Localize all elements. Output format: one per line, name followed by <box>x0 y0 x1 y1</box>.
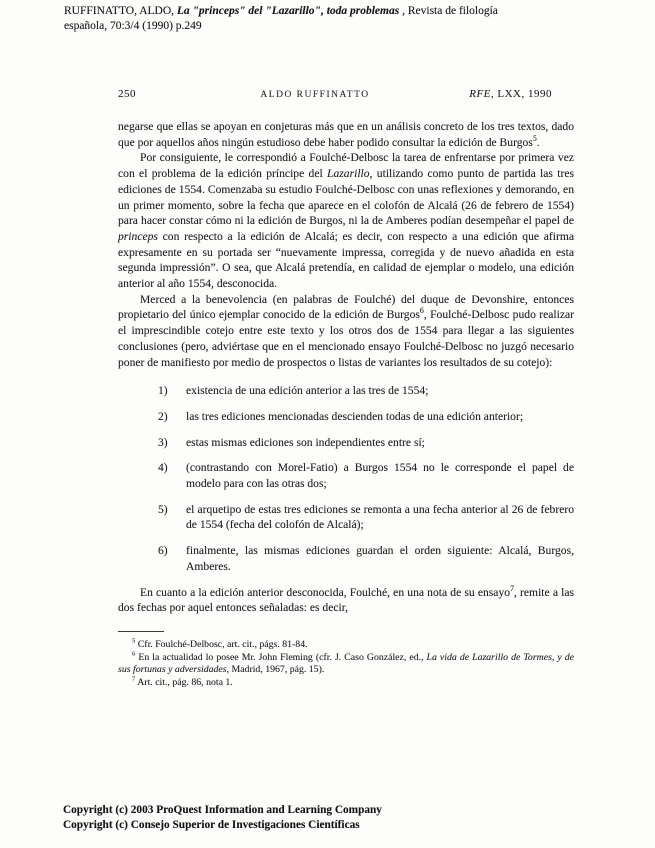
running-head: 250 ALDO RUFFINATTO RFE, LXX, 1990 <box>118 88 574 100</box>
item-text: existencia de una edición anterior a las… <box>186 384 428 397</box>
copyright-notice: Copyright (c) 2003 ProQuest Information … <box>63 803 382 833</box>
article-body: negarse que ellas se apoyan en conjetura… <box>118 119 574 689</box>
paragraph-merced: Merced a la benevolencia (en palabras de… <box>118 292 574 371</box>
item-text: finalmente, las mismas ediciones guardan… <box>186 544 574 573</box>
item-number: 4) <box>158 460 168 476</box>
paragraph-en-cuanto: En cuanto a la edición anterior desconoc… <box>118 585 574 616</box>
scanned-article-page: RUFFINATTO, ALDO, La "princeps" del "Laz… <box>0 0 655 848</box>
item-number: 3) <box>158 435 168 451</box>
footnote-7: 7 Art. cit., pág. 86, nota 1. <box>118 677 574 690</box>
paragraph-continuation: negarse que ellas se apoyan en conjetura… <box>118 119 574 150</box>
conclusion-item-4: 4) (contrastando con Morel-Fatio) a Burg… <box>186 460 574 491</box>
copyright-line-2: Copyright (c) Consejo Superior de Invest… <box>63 818 382 833</box>
footnotes: 5 Cfr. Foulché-Delbosc, art. cit., págs.… <box>118 639 574 689</box>
running-head-journal: RFE, LXX, 1990 <box>422 88 574 100</box>
conclusions-list: 1) existencia de una edición anterior a … <box>118 383 574 574</box>
item-number: 1) <box>158 383 168 399</box>
running-head-author: ALDO RUFFINATTO <box>208 90 422 100</box>
copyright-line-1: Copyright (c) 2003 ProQuest Information … <box>63 803 382 818</box>
conclusion-item-1: 1) existencia de una edición anterior a … <box>186 383 574 399</box>
item-text: (contrastando con Morel-Fatio) a Burgos … <box>186 461 574 490</box>
item-text: estas mismas ediciones son independiente… <box>186 436 425 449</box>
conclusion-item-6: 6) finalmente, las mismas ediciones guar… <box>186 543 574 574</box>
conclusion-item-3: 3) estas mismas ediciones son independie… <box>186 435 574 451</box>
conclusion-item-5: 5) el arquetipo de estas tres ediciones … <box>186 502 574 533</box>
footnote-6: 6 En la actualidad lo posee Mr. John Fle… <box>118 652 574 677</box>
paragraph-por-consiguiente: Por consiguiente, le correspondió a Foul… <box>118 150 574 291</box>
footnote-separator <box>118 631 164 632</box>
item-number: 2) <box>158 409 168 425</box>
item-number: 5) <box>158 502 168 518</box>
footnote-5: 5 Cfr. Foulché-Delbosc, art. cit., págs.… <box>118 639 574 652</box>
item-number: 6) <box>158 543 168 559</box>
item-text: las tres ediciones mencionadas desciende… <box>186 410 523 423</box>
conclusion-item-2: 2) las tres ediciones mencionadas descie… <box>186 409 574 425</box>
page-number: 250 <box>118 88 208 100</box>
citation-header: RUFFINATTO, ALDO, La "princeps" del "Laz… <box>64 4 532 33</box>
item-text: el arquetipo de estas tres ediciones se … <box>186 503 574 532</box>
